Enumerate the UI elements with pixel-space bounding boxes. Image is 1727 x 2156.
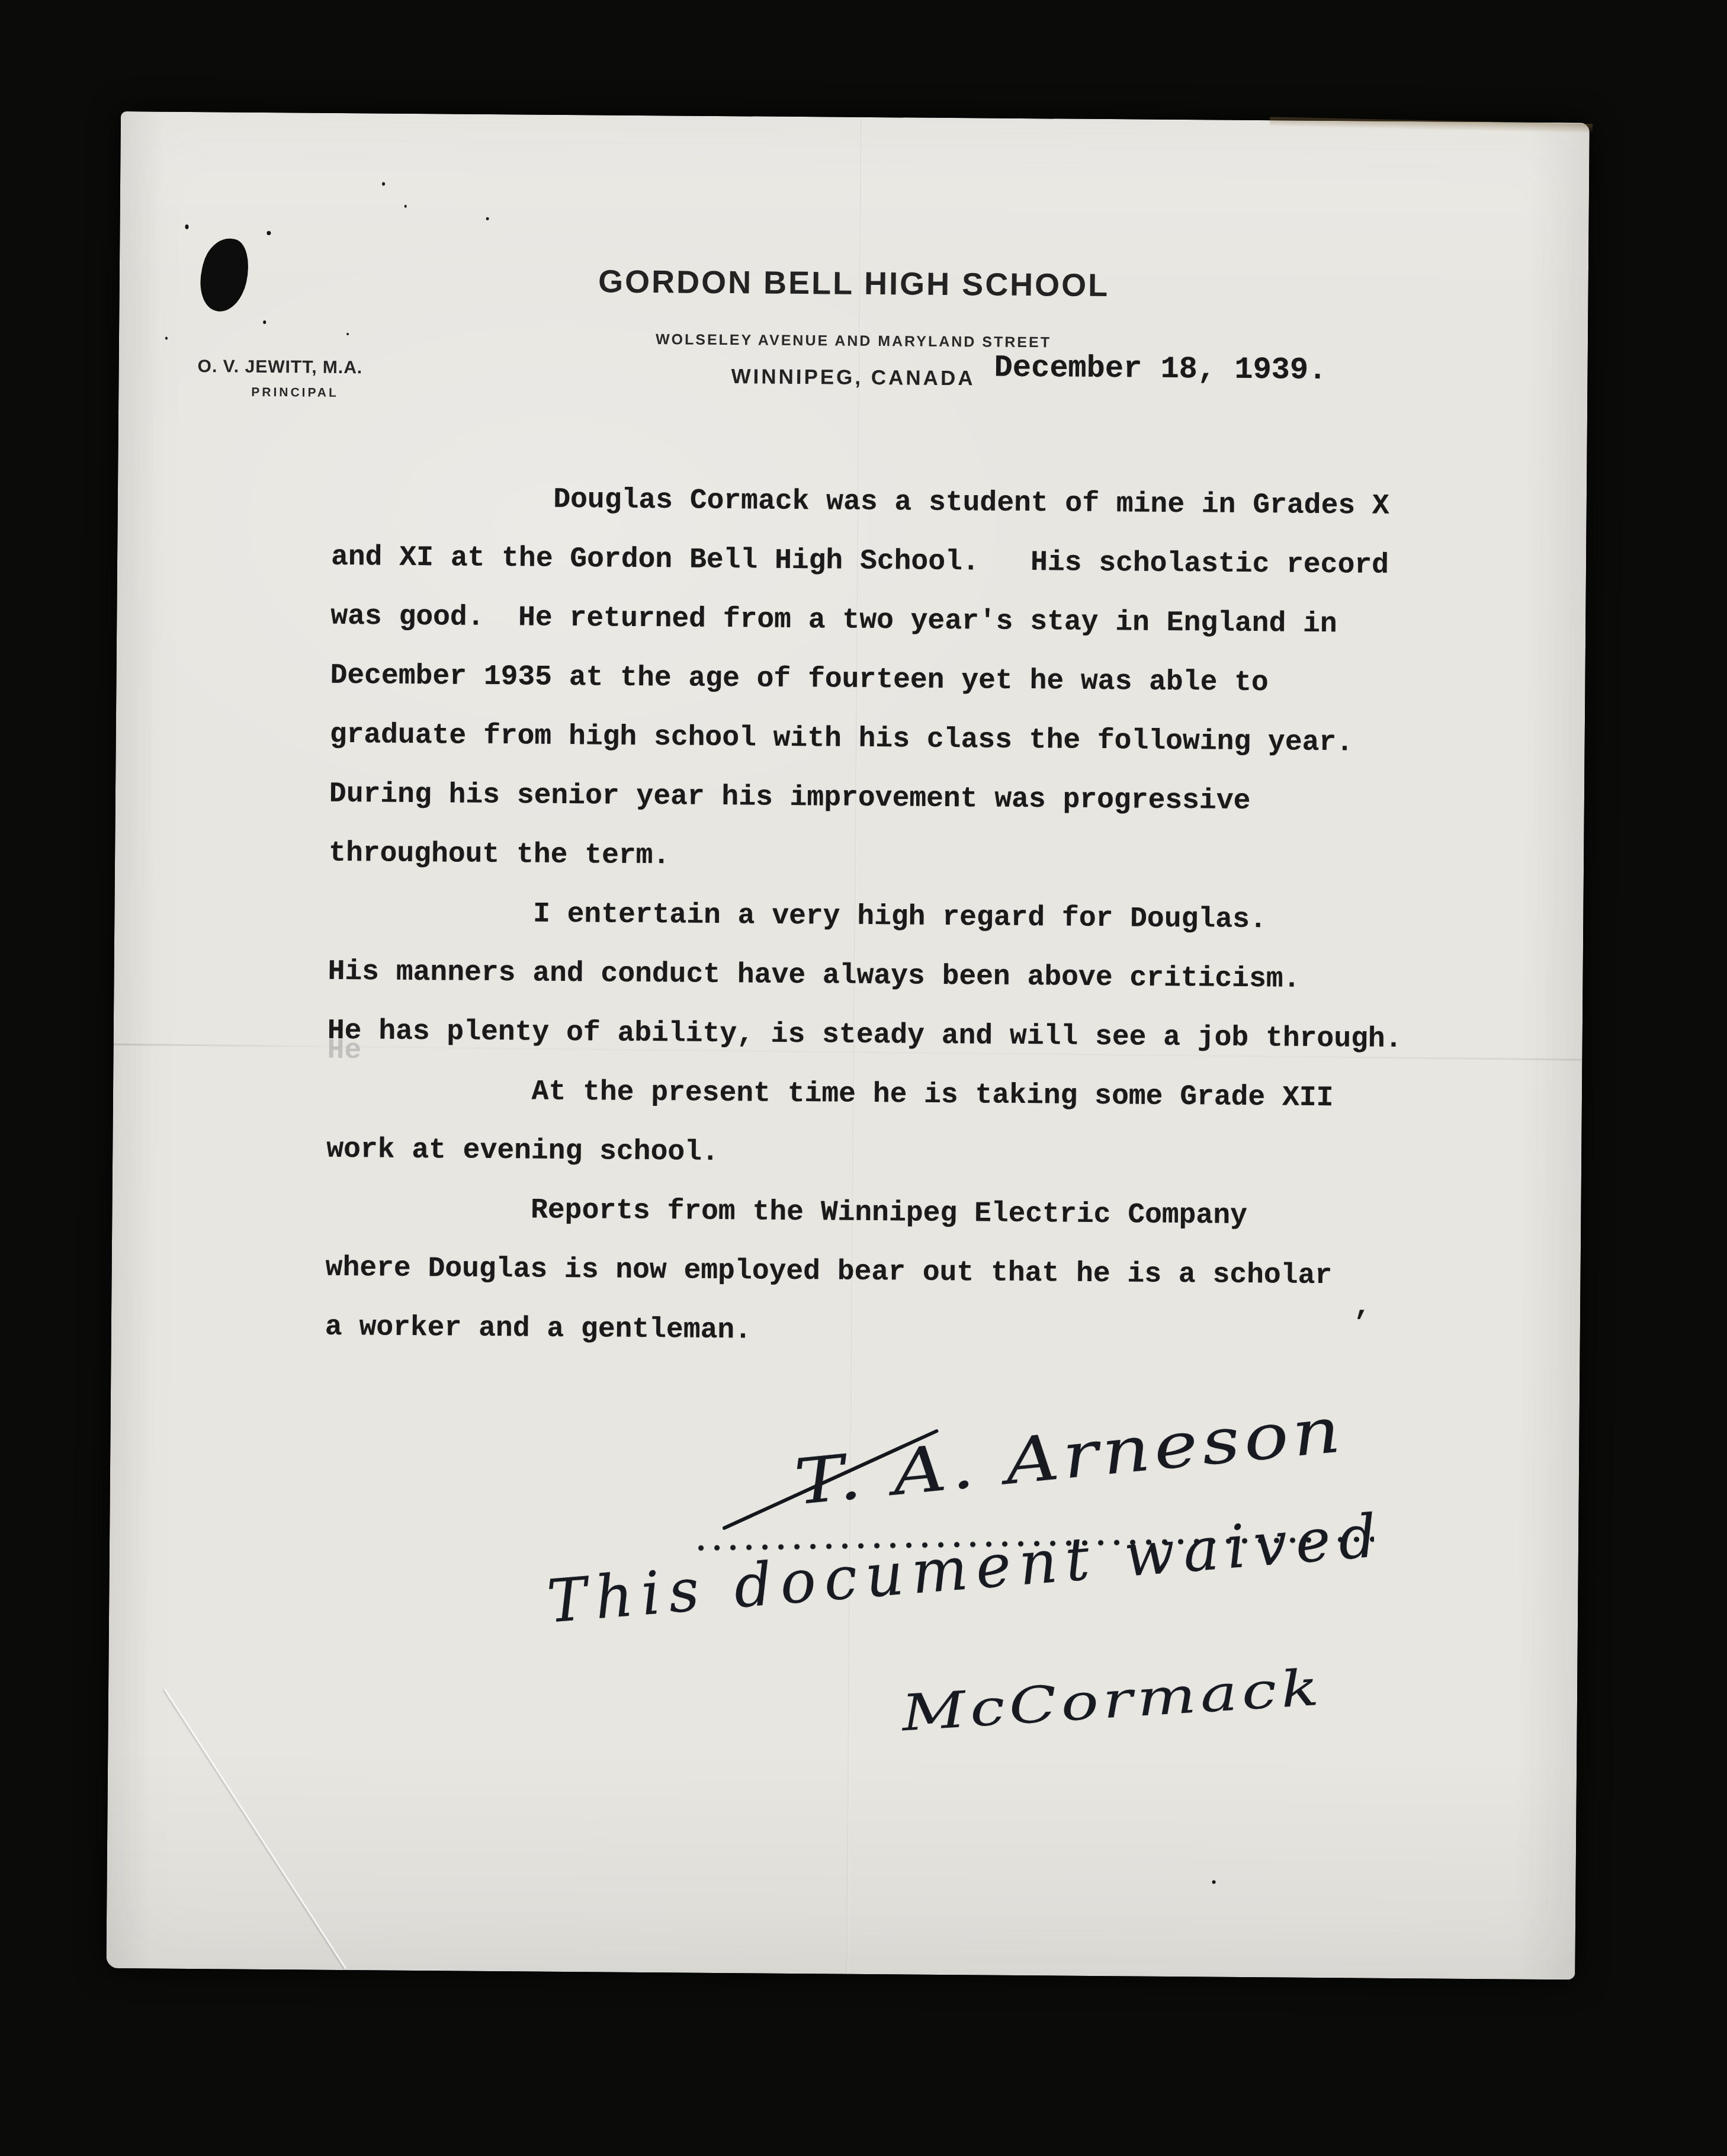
principal-title: PRINCIPAL bbox=[251, 386, 339, 400]
ink-speck bbox=[1212, 1881, 1216, 1884]
dropped-comma: , bbox=[1354, 1291, 1371, 1323]
student-signature: McCormack bbox=[900, 1658, 1325, 1742]
principal-signature: T. A. Arneson bbox=[791, 1393, 1347, 1519]
torn-edge-discoloration bbox=[1270, 117, 1593, 133]
ink-speck bbox=[405, 205, 407, 208]
photo-background: { "colors": { "background": "#0b0b0a", "… bbox=[0, 0, 1727, 2156]
principal-name: O. V. JEWITT, M.A. bbox=[197, 357, 362, 378]
ink-speck bbox=[382, 182, 385, 185]
ghost-strikeout-text: He bbox=[327, 1035, 361, 1067]
letter-body: Douglas Cormack was a student of mine in… bbox=[325, 469, 1406, 1365]
corner-diagonal-crease bbox=[164, 1689, 347, 1969]
ink-speck bbox=[263, 320, 266, 324]
handwritten-annotation: This document waived bbox=[545, 1500, 1388, 1636]
date-line: December 18, 1939. bbox=[994, 351, 1327, 388]
school-address-line: WOLSELEY AVENUE AND MARYLAND STREET bbox=[119, 327, 1588, 355]
ink-speck bbox=[486, 217, 489, 220]
letter-paper: GORDON BELL HIGH SCHOOL WOLSELEY AVENUE … bbox=[106, 111, 1590, 1979]
ink-speck bbox=[185, 224, 188, 229]
school-name: GORDON BELL HIGH SCHOOL bbox=[120, 259, 1588, 307]
ink-speck bbox=[267, 231, 271, 235]
